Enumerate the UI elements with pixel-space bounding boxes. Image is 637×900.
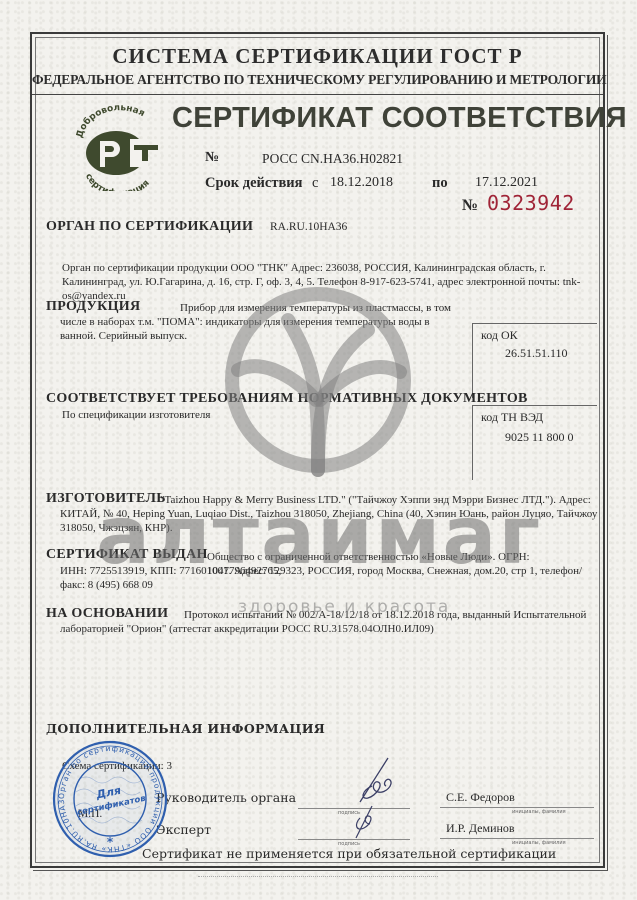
manufacturer-first-line: "Taizhou Happy & Merry Business LTD." ("… <box>160 493 591 507</box>
valid-to-label: по <box>432 175 448 192</box>
certification-body-heading: ОРГАН ПО СЕРТИФИКАЦИИ <box>46 219 253 235</box>
tnved-code-label: код ТН ВЭД <box>481 410 543 425</box>
printer-imprint-line <box>198 876 438 877</box>
expert-signature-line <box>298 839 410 840</box>
serial-sign: № <box>462 197 478 215</box>
conformity-heading: СООТВЕТСТВУЕТ ТРЕБОВАНИЯМ НОРМАТИВНЫХ ДО… <box>46 391 528 407</box>
head-signature-line <box>298 808 410 809</box>
agency-name: ФЕДЕРАЛЬНОЕ АГЕНТСТВО ПО ТЕХНИЧЕСКОМУ РЕ… <box>32 72 603 88</box>
issued-to-heading: СЕРТИФИКАТ ВЫДАН <box>46 547 208 563</box>
manufacturer-heading: ИЗГОТОВИТЕЛЬ <box>46 491 166 507</box>
serial-number: 0323942 <box>487 191 575 215</box>
expert-name: И.Р. Деминов <box>446 821 515 836</box>
tnved-code-value: 9025 11 800 0 <box>505 430 574 445</box>
certification-scheme: Схема сертификации: 3 <box>62 759 172 773</box>
conformity-text: По спецификации изготовителя <box>62 408 210 422</box>
head-of-body-label: Руководитель органа <box>156 790 296 805</box>
product-heading: ПРОДУКЦИЯ <box>46 299 140 315</box>
expert-name-line <box>440 838 594 839</box>
head-signature-caption: подпись <box>338 810 360 816</box>
seal-label: М.П. <box>78 808 102 820</box>
certification-body-code: RA.RU.10HA36 <box>270 221 347 233</box>
head-name: С.Е. Федоров <box>446 790 515 805</box>
issued-to-details: ИНН: 7725513919, КПП: 771601001. Адрес: … <box>60 564 605 592</box>
certificate-number: РОСС CN.HA36.H02821 <box>262 151 403 167</box>
basis-first-line: Протокол испытаний № 002/А-18/12/18 от 1… <box>184 608 586 622</box>
certificate-frame: СИСТЕМА СЕРТИФИКАЦИИ ГОСТ Р ФЕДЕРАЛЬНОЕ … <box>30 32 605 868</box>
footer-notice: Сертификат не применяется при обязательн… <box>142 846 556 861</box>
system-title: СИСТЕМА СЕРТИФИКАЦИИ ГОСТ Р <box>32 44 603 69</box>
manufacturer-details: КИТАЙ, № 40, Heping Yuan, Luqiao Dist., … <box>60 507 600 535</box>
certificate-title: СЕРТИФИКАТ СООТВЕТСТВИЯ <box>172 102 627 135</box>
number-sign: № <box>205 150 219 166</box>
expert-label: Эксперт <box>156 822 211 837</box>
valid-from-date: 18.12.2018 <box>330 175 393 191</box>
basis-details: лабораторией "Орион" (аттестат аккредита… <box>60 622 600 636</box>
valid-from-label: с <box>312 175 318 192</box>
valid-to-date: 17.12.2021 <box>475 175 538 191</box>
head-name-line <box>440 807 594 808</box>
header-divider <box>32 94 603 95</box>
basis-heading: НА ОСНОВАНИИ <box>46 606 168 622</box>
ok-code-label: код ОК <box>481 328 518 343</box>
ok-code-box: код ОК 26.51.51.110 <box>472 323 597 398</box>
validity-label: Срок действия <box>205 175 302 192</box>
head-name-caption: инициалы, фамилия <box>512 809 566 815</box>
rst-voluntary-certification-logo-icon: Добровольная сертификация <box>68 105 168 191</box>
additional-info-heading: ДОПОЛНИТЕЛЬНАЯ ИНФОРМАЦИЯ <box>46 721 325 736</box>
product-description-first-line: Прибор для измерения температуры из плас… <box>180 301 451 315</box>
certification-body-details: Орган по сертификации продукции ООО "ТНК… <box>62 261 602 303</box>
product-description: числе в наборах т.м. "ПОМА": индикаторы … <box>60 315 460 343</box>
ok-code-value: 26.51.51.110 <box>505 346 568 361</box>
tnved-code-box: код ТН ВЭД 9025 11 800 0 <box>472 405 597 480</box>
